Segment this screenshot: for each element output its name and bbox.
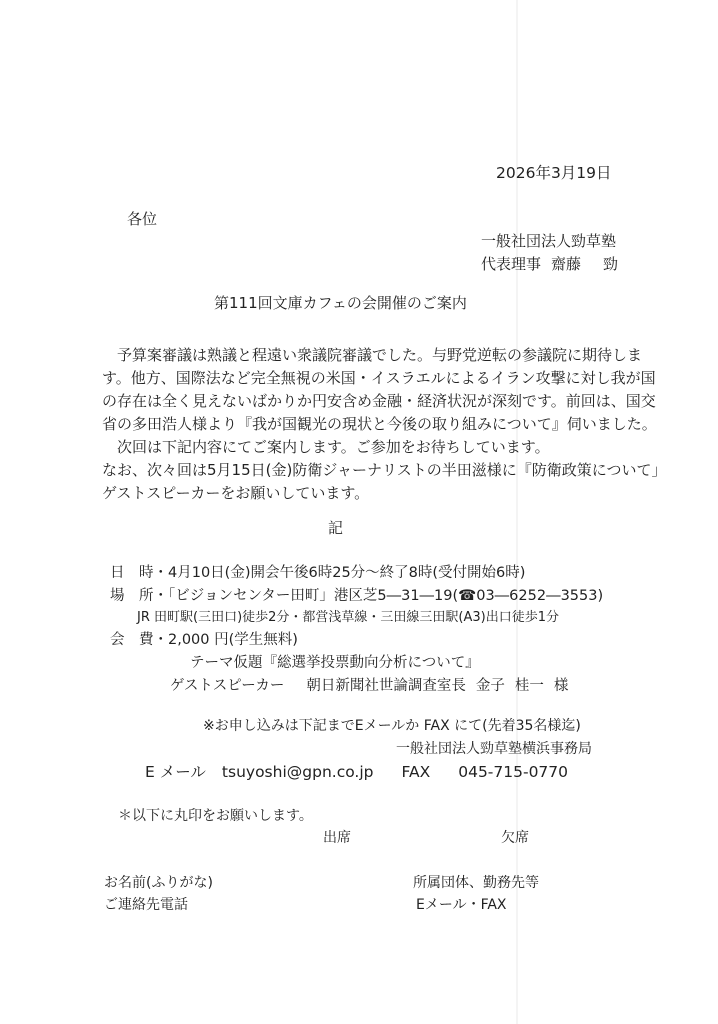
contact-line: E メールtsuyoshi@gpn.co.jpFAX045-715-0770 xyxy=(145,762,568,782)
sender-title: 代表理事 xyxy=(481,255,541,273)
email-label: E メール xyxy=(145,763,206,781)
reply-instruction: ＊以下に丸印をお願いします。 xyxy=(118,806,313,826)
event-theme: テーマ仮題『総選挙投票動向分析について』 xyxy=(190,653,480,673)
sender-surname: 齋藤 xyxy=(551,255,581,273)
application-office: 一般社団法人勁草塾横浜事務局 xyxy=(396,739,592,759)
speaker-given-name: 桂一 xyxy=(515,678,544,694)
document-date: 2026年3月19日 xyxy=(496,163,612,183)
ki-label: 記 xyxy=(328,518,343,538)
application-note: ※お申し込みは下記までEメールか FAX にて(先着35名様迄) xyxy=(203,716,581,736)
event-speaker: ゲストスピーカー朝日新聞社世論調査室長金子桂一様 xyxy=(170,676,568,696)
email-fax-field-label: Eメール・FAX xyxy=(416,895,507,915)
event-datetime: 日 時・4月10日(金)開会午後6時25分～終了8時(受付開始6時) xyxy=(110,563,525,583)
sender-organization: 一般社団法人勁草塾 xyxy=(481,231,616,251)
sender-representative: 代表理事齋藤勁 xyxy=(481,254,618,274)
body-line: 次回は下記内容にてご案内します。ご参加をお待ちしています。 xyxy=(117,437,550,457)
document-heading: 第111回文庫カフェの会開催のご案内 xyxy=(214,293,467,313)
speaker-surname: 金子 xyxy=(476,678,505,694)
absent-option[interactable]: 欠席 xyxy=(501,828,529,848)
event-venue: 場 所・「ビジョンセンター田町」港区芝5―31―19(☎03―6252―3553… xyxy=(110,586,603,606)
body-line: 予算案審議は熟議と程遠い衆議院審議でした。与野党逆転の参議院に期待しま xyxy=(117,345,642,365)
document-page: 2026年3月19日 各位 一般社団法人勁草塾 代表理事齋藤勁 第111回文庫カ… xyxy=(0,0,718,1024)
phone-field-label: ご連絡先電話 xyxy=(104,895,188,915)
speaker-affiliation: 朝日新聞社世論調査室長 xyxy=(306,678,466,694)
scan-artifact-line xyxy=(516,0,518,1024)
fax-label: FAX xyxy=(402,763,431,781)
attend-option[interactable]: 出席 xyxy=(323,828,351,848)
event-access: JR 田町駅(三田口)徒歩2分・都営浅草線・三田線三田駅(A3)出口徒歩1分 xyxy=(137,608,559,628)
name-field-label: お名前(ふりがな) xyxy=(104,873,213,893)
speaker-honorific: 様 xyxy=(554,678,569,694)
body-line: す。他方、国際法など完全無視の米国・イスラエルによるイラン攻撃に対し我が国 xyxy=(102,368,656,388)
affiliation-field-label: 所属団体、勤務先等 xyxy=(413,873,539,893)
body-line: 省の多田浩人様より『我が国観光の現状と今後の取り組みについて』伺いました。 xyxy=(102,414,657,434)
body-line: なお、次々回は5月15日(金)防衛ジャーナリストの半田滋様に『防衛政策について」 xyxy=(102,460,666,480)
sender-given-name: 勁 xyxy=(603,255,618,273)
speaker-label: ゲストスピーカー xyxy=(170,678,284,694)
body-line: ゲストスピーカーをお願いしています。 xyxy=(102,483,369,503)
fax-number: 045-715-0770 xyxy=(458,763,568,781)
addressee: 各位 xyxy=(127,209,157,229)
event-fee: 会 費・2,000 円(学生無料) xyxy=(110,630,298,650)
email-address[interactable]: tsuyoshi@gpn.co.jp xyxy=(222,763,374,781)
body-line: の存在は全く見えないばかりか円安含め金融・経済状況が深刻です。前回は、国交 xyxy=(102,391,656,411)
